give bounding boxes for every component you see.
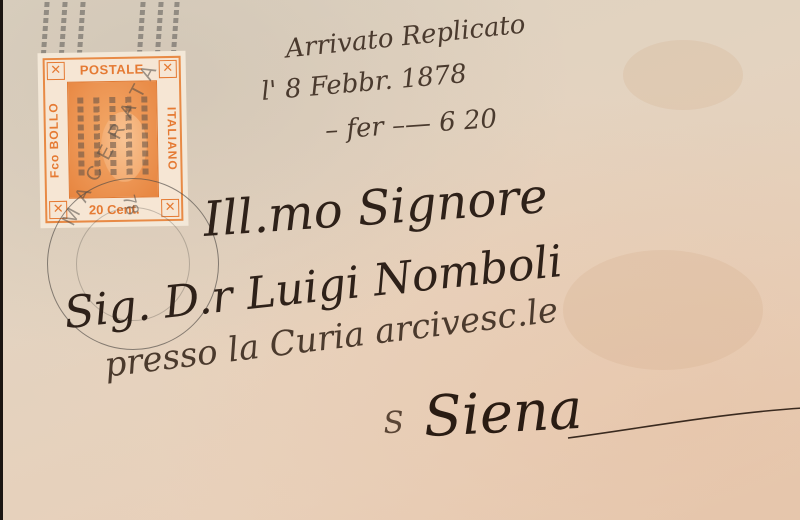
paper-stain (623, 40, 743, 110)
corner-cross-icon: ✕ (47, 62, 65, 80)
docket-note-line-3: – fer –— 6 20 (324, 104, 498, 146)
address-city: SSiena (381, 377, 584, 452)
city-name: Siena (422, 377, 584, 450)
underline-flourish-icon (563, 398, 800, 458)
stamp-left-label: Fco BOLLO (46, 82, 68, 199)
address-salutation: Ill.mo Signore (201, 168, 549, 248)
docket-note-line-2: l' 8 Febbr. 1878 (260, 59, 468, 107)
stamp-right-label: ITALIANO (158, 80, 180, 197)
docket-note-line-1: Arrivato Replicato (284, 9, 527, 64)
envelope: POSTALE Fco BOLLO ITALIANO 20 Cent. ✕ ✕ … (0, 0, 800, 520)
paper-stain (563, 250, 763, 370)
city-prefix: S (382, 405, 404, 441)
